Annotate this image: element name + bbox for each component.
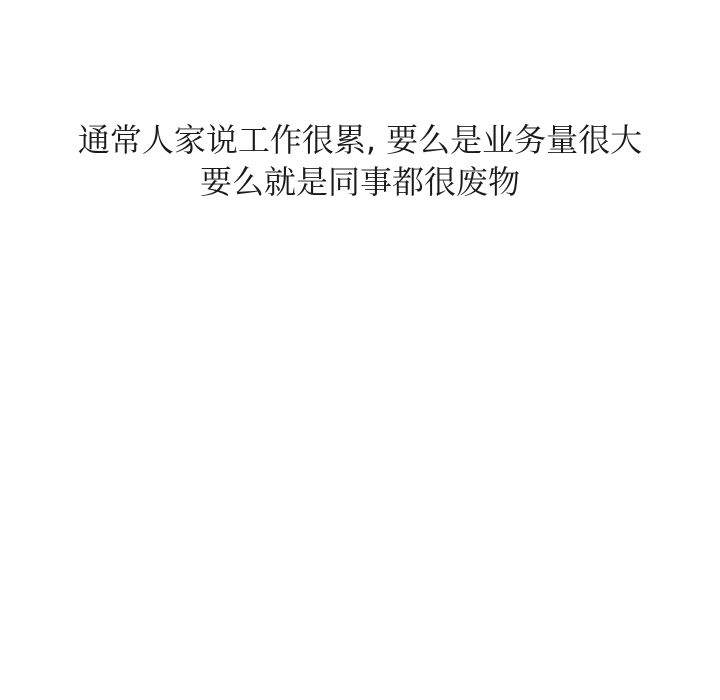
caption-text-block: 通常人家说工作很累, 要么是业务量很大 要么就是同事都很废物 xyxy=(0,119,720,203)
caption-line-1: 通常人家说工作很累, 要么是业务量很大 xyxy=(0,119,720,161)
caption-line-2: 要么就是同事都很废物 xyxy=(0,161,720,203)
